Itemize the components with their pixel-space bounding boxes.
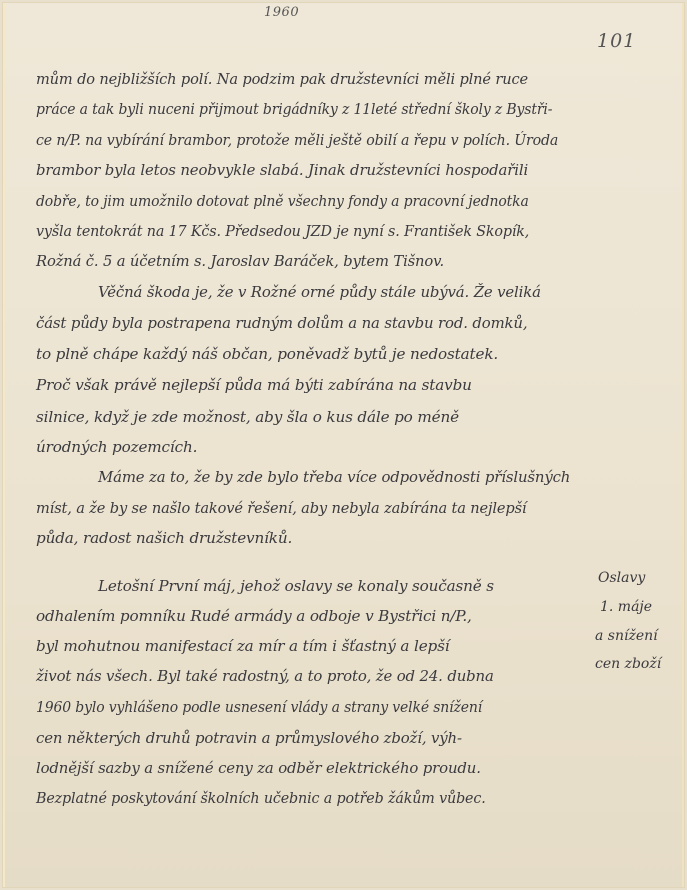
text-line: část půdy byla postrapena rudným dolům a… [36,314,527,332]
text-line: život nás všech. Byl také radostný, a to… [36,667,494,685]
year-header: 1960 [264,5,299,20]
text-line: Věčná škoda je, že v Rožné orné půdy stá… [98,283,541,301]
margin-note-line: 1. máje [600,599,652,615]
text-line: vyšla tentokrát na 17 Kčs. Předsedou JZD… [36,222,529,240]
text-line: byl mohutnou manifestací za mír a tím i … [36,637,449,655]
text-line: 1960 bylo vyhlášeno podle usnesení vlády… [36,698,482,716]
text-line: půda, radost našich družstevníků. [36,529,292,547]
text-line: Letošní První máj, jehož oslavy se konal… [98,577,494,595]
text-line: silnice, když je zde možnost, aby šla o … [36,408,459,426]
text-line: lodnější sazby a snížené ceny za odběr e… [36,759,481,777]
margin-note-line: a snížení [595,628,658,644]
page-number: 101 [597,30,636,52]
text-line: Máme za to, že by zde bylo třeba více od… [98,468,570,486]
margin-note-line: Oslavy [598,570,645,586]
text-line: odhalením pomníku Rudé armády a odboje v… [36,607,472,625]
text-line: Proč však právě nejlepší půda má býti za… [36,376,472,394]
chronicle-page: 1960 101 mům do nejbližších polí. Na pod… [2,2,685,888]
text-line: to plně chápe každý náš občan, poněvadž … [36,345,498,363]
text-line: dobře, to jim umožnilo dotovat plně všec… [36,192,529,210]
text-line: práce a tak byli nuceni přijmout brigádn… [36,100,552,118]
text-line: úrodných pozemcích. [36,438,197,456]
text-line: ce n/P. na vybírání brambor, protože měl… [36,131,558,149]
text-line: Rožná č. 5 a účetním s. Jaroslav Baráček… [36,252,444,270]
text-line: cen některých druhů potravin a průmyslov… [36,729,462,747]
text-line: míst, a že by se našlo takové řešení, ab… [36,499,526,517]
text-line: mům do nejbližších polí. Na podzim pak d… [36,70,528,88]
margin-note-line: cen zboží [595,656,661,672]
text-line: Bezplatné poskytování školních učebnic a… [36,789,486,807]
text-line: brambor byla letos neobvykle slabá. Jina… [36,161,528,179]
